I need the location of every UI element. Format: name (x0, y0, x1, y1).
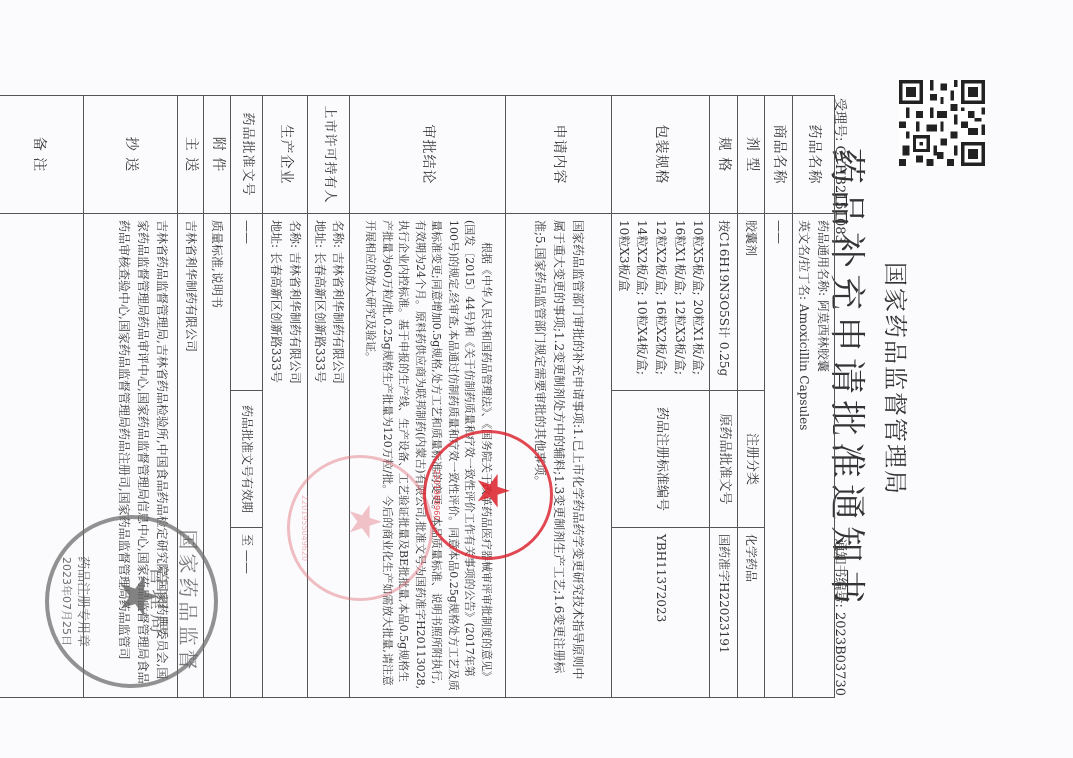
row-application-content: 申请内容 国家药品监管部门审批的补充申请事项:1.已上市化学药品药学变更研究技术… (506, 96, 612, 698)
manufacturer-address: 地址: 长春高新区创新路333号 (266, 220, 285, 691)
row-remarks: 备 注 (0, 96, 83, 698)
conclusion-label: 审批结论 (350, 96, 506, 214)
attachment-value: 质量标准,说明书 (204, 214, 231, 698)
manufacturer-label: 生产企业 (262, 96, 307, 214)
row-packaging: 包装规格 10粒X5板/盒; 20粒X1板/盒; 16粒X1板/盒; 12粒X3… (612, 96, 710, 698)
row-strength: 规 格 按C16H19N3O5S计 0.25g 原药品批准文号 国药准字H220… (710, 96, 738, 698)
row-manufacturer: 生产企业 名称: 吉林省利华制药有限公司 地址: 长春高新区创新路333号 (262, 96, 307, 698)
mah-value: 名称: 吉林省利华制药有限公司 地址: 长春高新区创新路333号 (307, 214, 349, 698)
row-conclusion: 审批结论 根据《中华人民共和国药品管理法》、《国务院关于改革药品医疗器械审评审批… (350, 96, 506, 698)
row-approval-number: 药品批准文号 —— 药品批准文号有效期 至 —— (230, 96, 262, 698)
strength-value: 按C16H19N3O5S计 0.25g (710, 214, 738, 391)
mah-label: 上市许可持有人 (307, 96, 349, 214)
dosage-form-label: 剂 型 (738, 96, 765, 214)
row-cc: 抄 送 吉林省药品监督管理局,吉林省药品检验所,中国食品药品检定研究院,国家药典… (83, 96, 177, 698)
mah-name: 名称: 吉林省利华制药有限公司 (329, 220, 348, 691)
original-approval-number-value: 国药准字H22023191 (710, 528, 738, 698)
cc-label: 抄 送 (83, 96, 177, 214)
cc-value: 吉林省药品监督管理局,吉林省药品检验所,中国食品药品检定研究院,国家药典委员会,… (83, 214, 177, 698)
mah-address: 地址: 长春高新区创新路333号 (310, 220, 329, 691)
manufacturer-name: 名称: 吉林省利华制药有限公司 (285, 220, 304, 691)
original-approval-number-label: 原药品批准文号 (710, 391, 738, 528)
attachment-label: 附 件 (204, 96, 231, 214)
registration-standard-label: 药品注册标准编号 (612, 391, 710, 528)
approval-notice-page: 国家药品监督管理局 药品补充申请批准通知书 受理号: CYHB2151083 通… (0, 0, 1073, 758)
registration-category-value: 化学药品 (738, 528, 765, 698)
packaging-label: 包装规格 (612, 96, 710, 214)
application-content-label: 申请内容 (506, 96, 612, 214)
english-name: 英文名/拉丁名: Amoxicillin Capsules (795, 220, 814, 691)
manufacturer-value: 名称: 吉林省利华制药有限公司 地址: 长春高新区创新路333号 (262, 214, 307, 698)
trade-name-label: 商品名称 (764, 96, 792, 214)
application-content-value: 国家药品监管部门审批的补充申请事项:1.已上市化学药品药学变更研究技术指导原则中… (506, 214, 612, 698)
row-primary-recipient: 主 送 吉林省利华制药有限公司 (177, 96, 204, 698)
registration-standard-value: YBH11372023 (612, 528, 710, 698)
row-mah: 上市许可持有人 名称: 吉林省利华制药有限公司 地址: 长春高新区创新路333号 (307, 96, 349, 698)
row-trade-name: 商品名称 —— (764, 96, 792, 698)
primary-recipient-value: 吉林省利华制药有限公司 (177, 214, 204, 698)
drug-name-label: 药品名称 (792, 96, 834, 214)
trade-name-value: —— (764, 214, 792, 698)
validity-date: —— (240, 550, 254, 574)
row-dosage-form: 剂 型 胶囊剂 注册分类 化学药品 (738, 96, 765, 698)
conclusion-value: 根据《中华人民共和国药品管理法》、《国务院关于改革药品医疗器械审评审批制度的意见… (350, 214, 506, 698)
row-attachment: 附 件 质量标准,说明书 (204, 96, 231, 698)
row-drug-name: 药品名称 药品通用名称: 阿莫西林胶囊 英文名/拉丁名: Amoxicillin… (792, 96, 834, 698)
approval-table: 药品名称 药品通用名称: 阿莫西林胶囊 英文名/拉丁名: Amoxicillin… (0, 95, 835, 698)
generic-name: 药品通用名称: 阿莫西林胶囊 (813, 220, 832, 691)
dosage-form-value: 胶囊剂 (738, 214, 765, 391)
validity-prefix: 至 (240, 534, 254, 546)
remarks-label: 备 注 (0, 96, 83, 214)
drug-name-value: 药品通用名称: 阿莫西林胶囊 英文名/拉丁名: Amoxicillin Caps… (792, 214, 834, 698)
agency-name: 国家药品监督管理局 (880, 0, 915, 758)
approval-validity-value: 至 —— (230, 528, 262, 698)
approval-number-label: 药品批准文号 (230, 96, 262, 214)
packaging-value: 10粒X5板/盒; 20粒X1板/盒; 16粒X1板/盒; 12粒X3板/盒; … (612, 214, 710, 391)
remarks-value (0, 214, 83, 698)
approval-number-value: —— (230, 214, 262, 391)
registration-category-label: 注册分类 (738, 391, 765, 528)
strength-label: 规 格 (710, 96, 738, 214)
primary-recipient-label: 主 送 (177, 96, 204, 214)
approval-validity-label: 药品批准文号有效期 (230, 391, 262, 528)
